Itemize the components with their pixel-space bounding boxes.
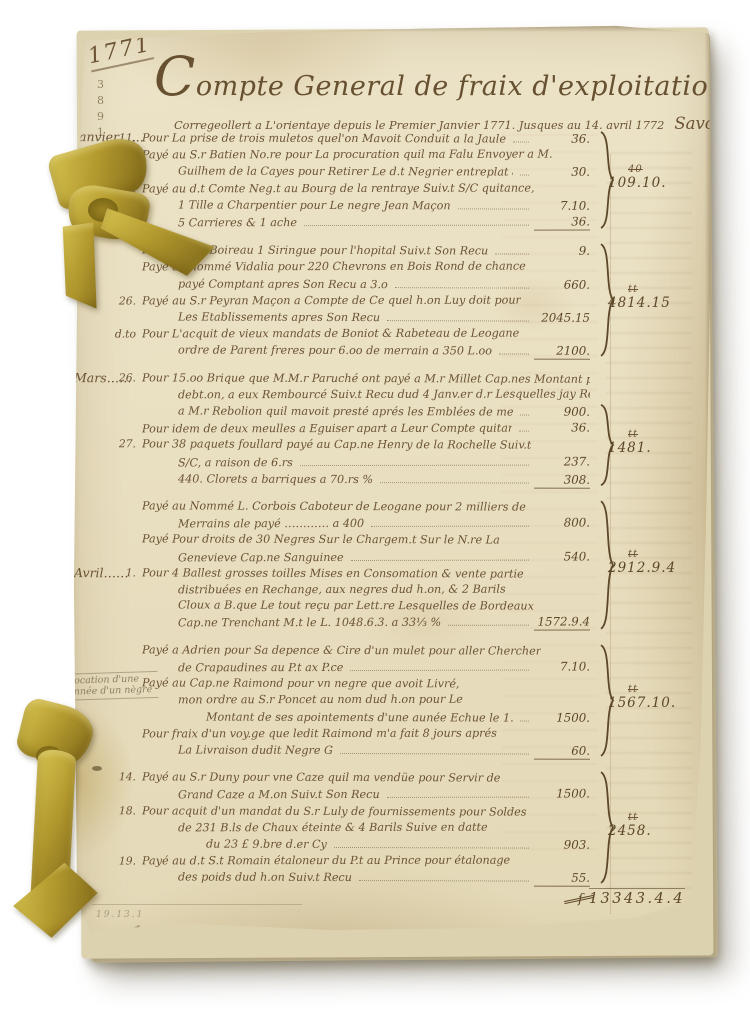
entry-text: 1 Tille a Charpentier pour Le negre Jean… <box>178 197 451 214</box>
manuscript-photo: 1771 3891 20t Compte General de fraix d'… <box>0 0 750 1022</box>
grand-total-value: 13343.4.4 <box>589 888 685 907</box>
group-brace <box>598 404 616 486</box>
subtitle-emphasis: Savoir <box>674 114 728 133</box>
entry-line: a M.r Rebolion quil mavoit presté aprés … <box>102 402 590 421</box>
entry-line: Genevieve Cap.ne Sanguinee540. <box>102 548 590 566</box>
dotted-leader <box>340 753 529 755</box>
entry-line: Montant de ses apointements d'une aunée … <box>102 708 590 727</box>
dotted-leader <box>395 287 529 288</box>
entry-line: du 23 £ 9.bre d.er Cy903. <box>102 835 590 854</box>
entry-line: S/C, a raison de 6.rs237. <box>102 453 590 471</box>
currency-mark: tt <box>628 549 706 560</box>
currency-mark: tt <box>628 812 706 823</box>
entry-text: Merrains ale payé ………… a 400 <box>178 516 364 533</box>
entry-text: Genevieve Cap.ne Sanguinee <box>178 550 344 567</box>
title-row: Compte General de fraix d'exploitation f… <box>154 62 750 102</box>
entry-text: Pour acquit d'un mandat du S.r Luly de f… <box>142 803 527 820</box>
entry-text: Pour 15.oo Brique que M.M.r Paruché ont … <box>142 370 590 388</box>
entry-text: Payé au S.r Duny pour vne Caze quil ma v… <box>142 769 501 786</box>
group-total: tt1481. <box>608 429 706 456</box>
entry-text: Montant de ses apointements d'une aunée … <box>206 709 513 726</box>
entry-line: Payé a Adrien pour Sa depence & Cire d'u… <box>102 642 590 660</box>
entry-amount: 36. <box>534 420 590 436</box>
entry-text: Payé au Cap.ne Raimond pour vn negre que… <box>142 675 460 692</box>
entry-line: Payé Pour droits de 30 Negres Sur le Cha… <box>102 532 590 550</box>
entry-text: distribuées en Rechange, aux negres dud … <box>178 582 506 599</box>
entry-line: 18.Pour acquit d'un mandat du S.r Luly d… <box>102 803 590 821</box>
entry-text: Cloux a B.que Le tout reçu par Lett.re L… <box>178 598 534 615</box>
entry-amount: 36. <box>534 131 590 147</box>
entry-line: 19.Payé au d.t S.t Romain étaloneur du P… <box>102 853 590 870</box>
dotted-leader <box>304 225 529 226</box>
entry-line: ordre de Parent freres pour 6.oo de merr… <box>102 342 590 361</box>
entry-amount: 903. <box>534 837 590 853</box>
entry-group: Payé au Nommé L. Corbois Caboteur de Leo… <box>102 499 590 632</box>
dotted-leader <box>458 208 529 209</box>
entry-text: Payé a Adrien pour Sa depence & Cire d'u… <box>142 642 541 659</box>
entry-text: mon ordre au S.r Poncet au nom dud h.on … <box>178 692 463 709</box>
entry-amount: 7.10. <box>534 197 590 213</box>
group-total-value: 4814.15 <box>608 295 671 311</box>
group-brace <box>598 771 616 884</box>
entry-text: debt.on, a eux Rembourcé Suiv.t Recu dud… <box>178 386 590 403</box>
silk-ribbon-top <box>42 132 212 304</box>
entry-text: S/C, a raison de 6.rs <box>178 455 293 471</box>
entry-text: Pour L'acquit de vieux mandats de Boniot… <box>142 326 519 343</box>
dotted-leader <box>359 880 529 882</box>
month-label: Mars…… <box>74 370 136 386</box>
group-total: tt2458. <box>608 812 706 839</box>
group-total-value: 1567.10. <box>608 695 676 711</box>
entry-day: 27. <box>102 437 142 453</box>
currency-mark: tt <box>628 429 706 440</box>
entry-amount: 660. <box>534 276 590 292</box>
entry-text: Payé au Nommé L. Corbois Caboteur de Leo… <box>142 498 526 515</box>
entry-amount: 800. <box>534 515 590 531</box>
month-label: Avril…… <box>74 565 136 581</box>
entry-text: Grand Caze a M.on Suiv.t Son Recu <box>178 787 380 804</box>
group-brace <box>598 131 616 229</box>
entry-amount: 2100. <box>534 343 590 360</box>
silk-ribbon-bottom <box>6 696 138 948</box>
entry-amount: 9. <box>534 243 590 259</box>
currency-mark: 40 <box>628 164 706 175</box>
group-total: tt4814.15 <box>608 284 706 311</box>
entry-text: Pour 38 paquets foullard payé au Cap.ne … <box>142 437 531 454</box>
page-title: Compte General de fraix d'exploitation <box>154 62 726 102</box>
entry-group: Payé a Adrien pour Sa depence & Cire d'u… <box>102 643 590 759</box>
group-brace <box>598 500 616 630</box>
ribbon-tail <box>94 199 215 284</box>
title-suffix: fait apour Lh.on <box>732 80 750 93</box>
entry-amount: 900. <box>534 404 590 420</box>
entry-line: 14.Payé au S.r Duny pour vne Caze quil m… <box>102 769 590 787</box>
dotted-leader <box>387 320 529 321</box>
dotted-leader <box>520 415 529 416</box>
entry-line: Grand Caze a M.on Suiv.t Son Recu1500. <box>102 786 590 804</box>
entry-text: Les Etablissements apres Son Recu <box>178 310 380 327</box>
entry-line: Les Etablissements apres Son Recu2045.15 <box>102 308 590 327</box>
group-total: tt2912.9.4 <box>608 549 706 576</box>
entry-line: distribuées en Rechange, aux negres dud … <box>102 582 590 599</box>
entry-amount: 30. <box>534 164 590 180</box>
entry-line: Merrains ale payé ………… a 400800. <box>102 515 590 533</box>
dotted-leader <box>520 720 529 721</box>
dotted-leader <box>351 559 529 560</box>
entry-amount: 36. <box>534 214 590 231</box>
entry-text: La Livraison dudit Negre G <box>178 742 333 759</box>
group-total-value: 2912.9.4 <box>608 560 676 576</box>
group-brace <box>598 243 616 357</box>
dotted-leader <box>513 142 529 143</box>
entry-text: Pour 4 Ballest grosses toilles Mises en … <box>142 565 524 582</box>
currency-mark: tt <box>628 284 706 295</box>
entry-text: 440. Clorets a barriques a 70.rs % <box>178 471 373 488</box>
entry-line: Location d'une année d'un nègrePayé au C… <box>102 675 590 693</box>
entry-line: 27.Pour 38 paquets foullard payé au Cap.… <box>102 437 590 455</box>
entry-text: de 231 B.ls de Chaux éteinte & 4 Barils … <box>178 819 488 836</box>
currency-mark: tt <box>628 684 706 695</box>
entry-text: Pour fraix d'un voy.ge que ledit Raimond… <box>142 725 497 742</box>
entry-text: Guilhem de la Cayes pour Retirer Le d.t … <box>178 164 513 181</box>
entry-group: 14.Payé au S.r Duny pour vne Caze quil m… <box>102 770 590 886</box>
entry-line: d.toPour L'acquit de vieux mandats de Bo… <box>102 326 590 343</box>
entry-line: Payé au Nommé L. Corbois Caboteur de Leo… <box>102 498 590 516</box>
entry-line: de Crapaudines au P.t ax P.ce7.10. <box>102 658 590 676</box>
dotted-leader <box>520 175 529 176</box>
entry-amount: 237. <box>534 453 590 469</box>
dotted-leader <box>371 526 529 527</box>
entry-line: La Livraison dudit Negre G60. <box>102 741 590 760</box>
entry-text: du 23 £ 9.bre d.er Cy <box>206 836 327 853</box>
entry-amount: 7.10. <box>534 658 590 674</box>
ink-bleed-through <box>606 152 692 892</box>
dotted-leader <box>387 797 529 798</box>
entry-text: de Crapaudines au P.t ax P.ce <box>178 660 343 677</box>
dotted-leader <box>499 354 529 355</box>
entry-line: Cloux a B.que Le tout reçu par Lett.re L… <box>102 598 590 616</box>
entry-line: Pour idem de deux meulles a Eguiser apar… <box>102 420 590 438</box>
entry-line: des poids dud h.on Suiv.t Recu55. <box>102 869 590 888</box>
group-brace <box>598 644 616 757</box>
grand-total: ſ 13343.4.4 <box>578 888 685 907</box>
entry-text: a M.r Rebolion quil mavoit presté aprés … <box>178 404 513 421</box>
entry-group: Mars……26.Pour 15.oo Brique que M.M.r Par… <box>102 371 590 488</box>
entry-line: Cap.ne Trenchant M.t le L. 1048.6.3. a 3… <box>102 614 590 632</box>
entry-text: Cap.ne Trenchant M.t le L. 1048.6.3. a 3… <box>178 615 441 632</box>
entry-line: Mars……26.Pour 15.oo Brique que M.M.r Par… <box>102 370 590 388</box>
dotted-leader <box>350 670 529 671</box>
entry-line: 440. Clorets a barriques a 70.rs %308. <box>102 470 590 489</box>
entry-line: debt.on, a eux Rembourcé Suiv.t Recu dud… <box>102 386 590 403</box>
entry-text: Pour idem de deux meulles a Eguiser apar… <box>142 421 513 438</box>
entry-line: Pour fraix d'un voy.ge que ledit Raimond… <box>102 725 590 742</box>
entry-text: des poids dud h.on Suiv.t Recu <box>178 870 352 887</box>
entry-line: de 231 B.ls de Chaux éteinte & 4 Barils … <box>102 819 590 836</box>
entry-amount: 1500. <box>534 709 590 725</box>
entry-amount: 1572.9.4 <box>534 614 590 631</box>
entry-amount: 308. <box>534 471 590 488</box>
group-total: 40109.10. <box>608 164 706 191</box>
dotted-leader <box>380 482 529 483</box>
grand-total-mark: ſ <box>578 892 583 907</box>
entry-text: Payé Pour droits de 30 Negres Sur le Cha… <box>142 532 500 549</box>
entry-text: ordre de Parent freres pour 6.oo de merr… <box>178 343 492 360</box>
entry-line: Avril……1.Pour 4 Ballest grosses toilles … <box>102 565 590 583</box>
entry-line: mon ordre au S.r Poncet au nom dud h.on … <box>102 692 590 709</box>
dotted-leader <box>300 464 529 465</box>
dotted-leader <box>495 254 529 255</box>
entry-amount: 60. <box>534 742 590 759</box>
entry-amount: 55. <box>534 870 590 887</box>
entry-amount: 540. <box>534 548 590 564</box>
dotted-leader <box>334 847 529 849</box>
entry-amount: 1500. <box>534 786 590 802</box>
dotted-leader <box>448 625 529 626</box>
entry-text: Payé au d.t S.t Romain étaloneur du P.t … <box>142 853 510 870</box>
dotted-leader <box>519 431 529 432</box>
group-total-value: 109.10. <box>608 175 667 191</box>
entry-amount: 2045.15 <box>534 310 590 326</box>
group-total: tt1567.10. <box>608 684 706 711</box>
